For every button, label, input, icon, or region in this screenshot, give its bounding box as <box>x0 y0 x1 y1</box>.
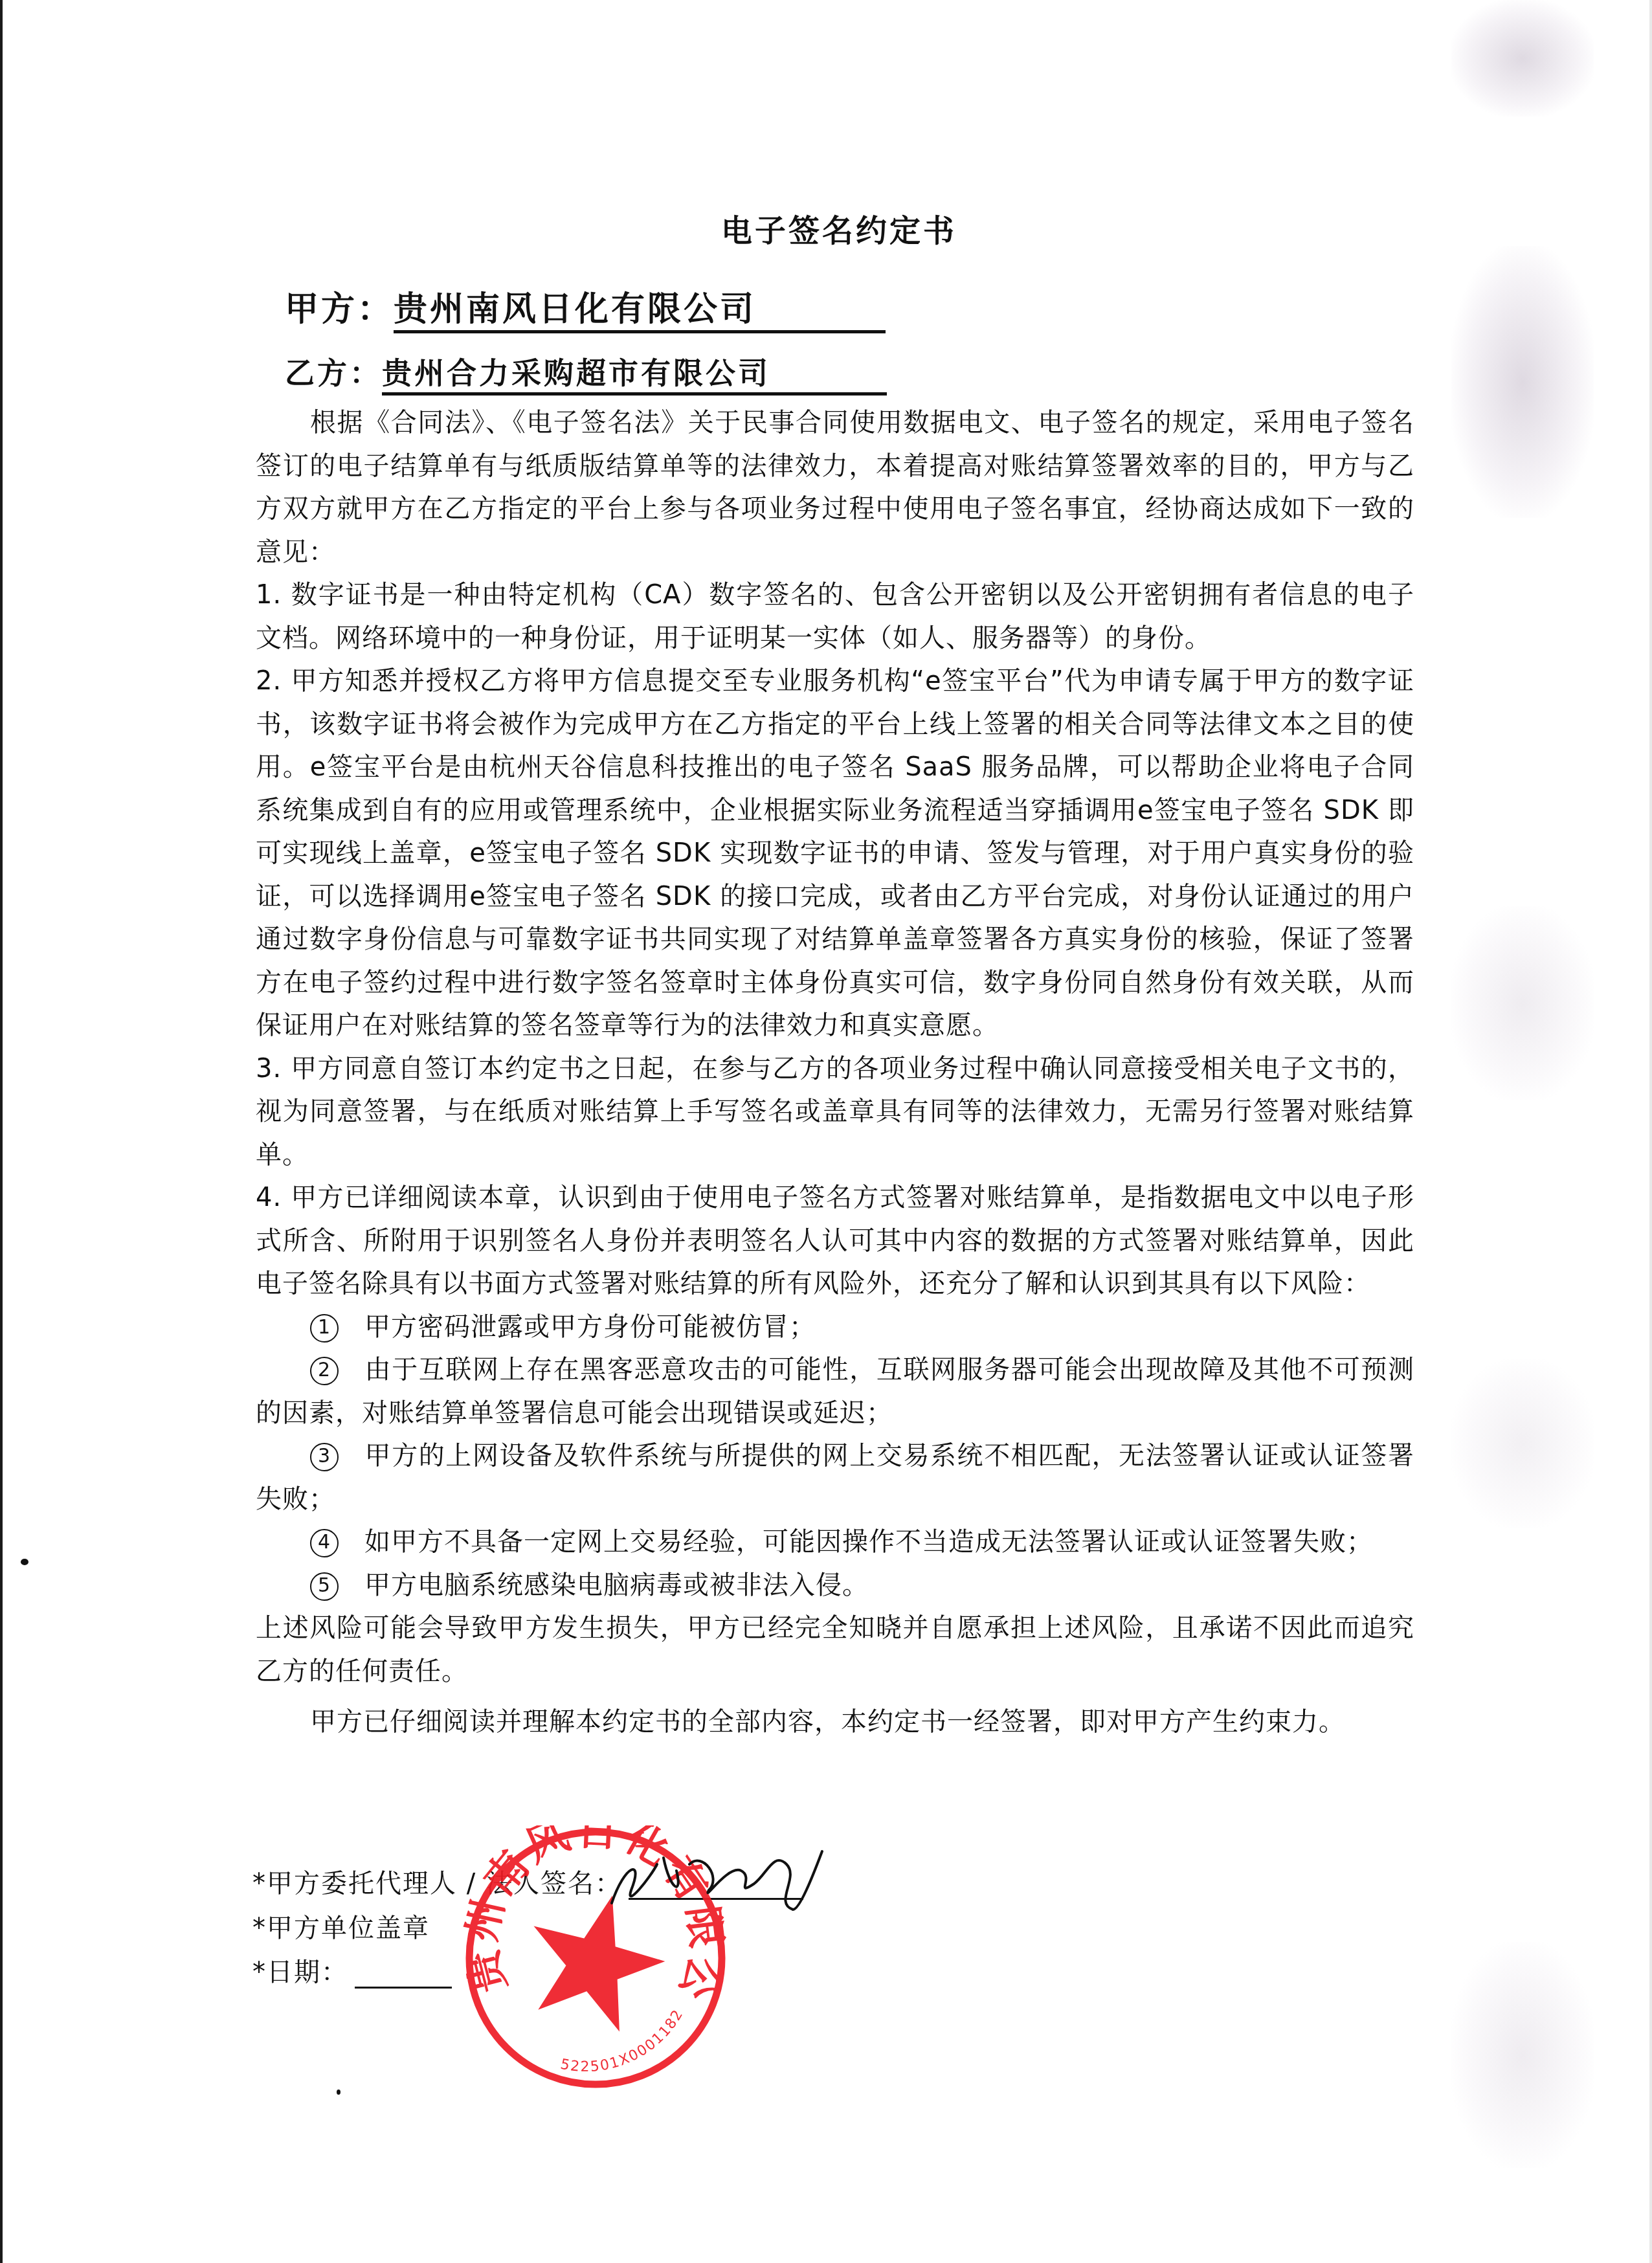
risk-item: 5甲方电脑系统感染电脑病毒或被非法入侵。 <box>256 1564 1414 1607</box>
scan-edge-left <box>0 0 3 2263</box>
seal-row: *甲方单位盖章 <box>252 1908 430 1945</box>
scan-noise <box>1451 906 1594 1100</box>
party-a: 甲方：贵州南风日化有限公司 <box>285 282 886 333</box>
risk-summary: 上述风险可能会导致甲方发生损失，甲方已经完全知晓并自愿承担上述风险，且承诺不因此… <box>256 1607 1414 1693</box>
risk-item: 4如甲方不具备一定网上交易经验，可能因操作不当造成无法签署认证或认证签署失败； <box>256 1521 1414 1564</box>
scan-noise <box>1451 0 1594 117</box>
circled-number-icon: 1 <box>310 1314 339 1343</box>
circled-number-icon: 3 <box>310 1443 339 1471</box>
risk-item: 3甲方的上网设备及软件系统与所提供的网上交易系统不相匹配，无法签署认证或认证签署… <box>256 1434 1414 1521</box>
risk-item: 2由于互联网上存在黑客恶意攻击的可能性，互联网服务器可能会出现故障及其他不可预测… <box>256 1348 1414 1434</box>
risk-item: 1甲方密码泄露或甲方身份可能被仿冒； <box>256 1306 1414 1349</box>
risk-text: 由于互联网上存在黑客恶意攻击的可能性，互联网服务器可能会出现故障及其他不可预测的… <box>256 1355 1414 1428</box>
scan-speck <box>21 1559 28 1565</box>
circled-number-icon: 4 <box>310 1529 339 1557</box>
handwritten-signature <box>605 1838 825 1916</box>
document-body: 根据《合同法》、《电子签名法》关于民事合同使用数据电文、电子签名的规定，采用电子… <box>256 401 1414 1744</box>
document-title: 电子签名约定书 <box>0 206 1652 251</box>
scan-noise <box>1451 1359 1594 1528</box>
party-a-name: 贵州南风日化有限公司 <box>394 282 886 333</box>
scan-noise <box>1451 246 1594 518</box>
party-a-label: 甲方： <box>285 290 394 329</box>
circled-number-icon: 2 <box>310 1357 339 1385</box>
risk-text: 甲方电脑系统感染电脑病毒或被非法入侵。 <box>364 1570 869 1600</box>
clause-4: 4. 甲方已详细阅读本章，认识到由于使用电子签名方式签署对账结算单，是指数据电文… <box>256 1176 1414 1306</box>
clause-3: 3. 甲方同意自签订本约定书之日起，在参与乙方的各项业务过程中确认同意接受相关电… <box>256 1047 1414 1177</box>
risk-text: 甲方的上网设备及软件系统与所提供的网上交易系统不相匹配，无法签署认证或认证签署失… <box>256 1441 1414 1514</box>
date-line <box>355 1984 452 1989</box>
circled-number-icon: 5 <box>310 1572 339 1601</box>
seal-label: *甲方单位盖章 <box>252 1913 430 1943</box>
date-label: *日期： <box>252 1957 348 1987</box>
party-b-label: 乙方： <box>285 355 382 390</box>
party-b-name: 贵州合力采购超市有限公司 <box>382 350 887 396</box>
final-statement: 甲方已仔细阅读并理解本约定书的全部内容，本约定书一经签署，即对甲方产生约束力。 <box>256 1700 1414 1744</box>
date-row: *日期： <box>252 1952 452 1989</box>
scan-speck <box>337 2090 340 2095</box>
scan-noise <box>1451 1942 1594 2168</box>
intro-paragraph: 根据《合同法》、《电子签名法》关于民事合同使用数据电文、电子签名的规定，采用电子… <box>256 401 1414 574</box>
risk-text: 如甲方不具备一定网上交易经验，可能因操作不当造成无法签署认证或认证签署失败； <box>364 1527 1373 1557</box>
scan-edge-right <box>1649 0 1652 2263</box>
clause-1: 1. 数字证书是一种由特定机构（CA）数字签名的、包含公开密钥以及公开密钥拥有者… <box>256 574 1414 660</box>
risk-text: 甲方密码泄露或甲方身份可能被仿冒； <box>364 1312 816 1342</box>
party-b: 乙方：贵州合力采购超市有限公司 <box>285 350 887 396</box>
clause-2: 2. 甲方知悉并授权乙方将甲方信息提交至专业服务机构“e签宝平台”代为申请专属于… <box>256 660 1414 1047</box>
